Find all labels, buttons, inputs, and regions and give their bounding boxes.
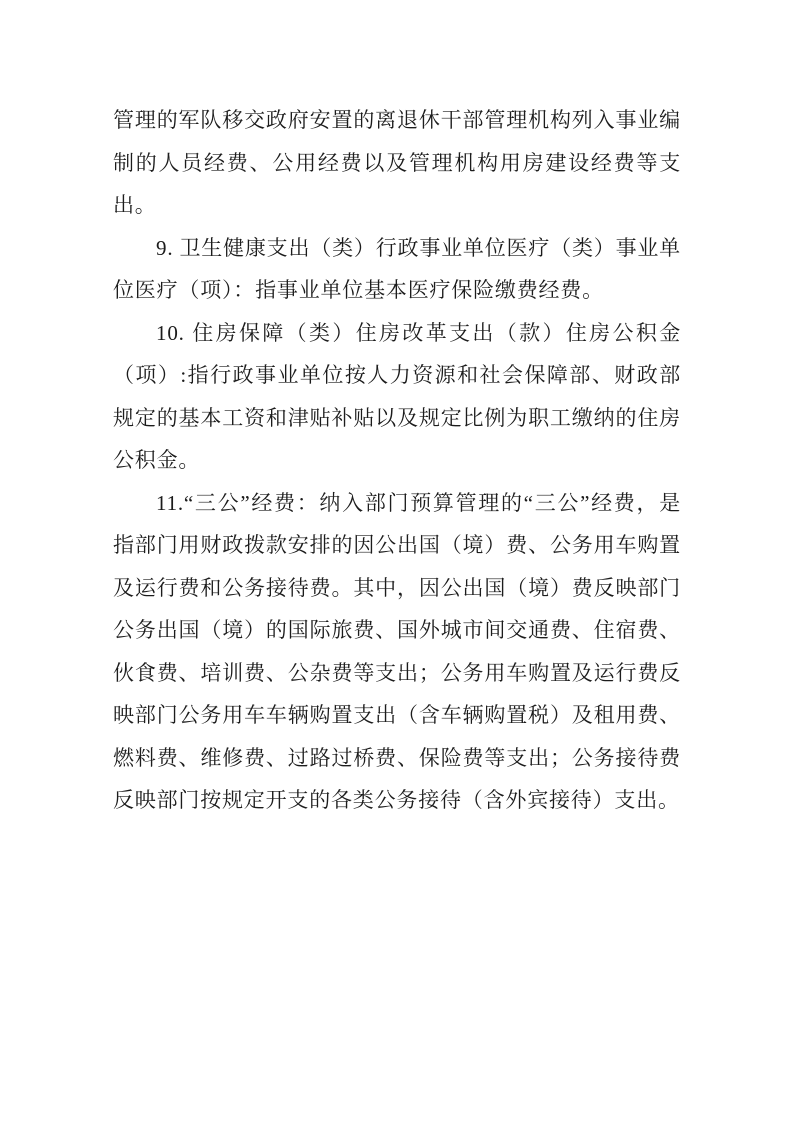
text-block: 管理的军队移交政府安置的离退休干部管理机构列入事业编制的人员经费、公用经费以及管… — [113, 99, 681, 822]
paragraph-11: 11.“三公”经费：纳入部门预算管理的“三公”经费，是指部门用财政拨款安排的因公… — [113, 482, 681, 822]
paragraph-9: 9. 卫生健康支出（类）行政事业单位医疗（类）事业单位医疗（项）：指事业单位基本… — [113, 227, 681, 312]
paragraph-10: 10. 住房保障（类）住房改革支出（款）住房公积金（项）:指行政事业单位按人力资… — [113, 312, 681, 482]
paragraph-8-continuation: 管理的军队移交政府安置的离退休干部管理机构列入事业编制的人员经费、公用经费以及管… — [113, 99, 681, 227]
document-page: 管理的军队移交政府安置的离退休干部管理机构列入事业编制的人员经费、公用经费以及管… — [0, 0, 793, 1122]
